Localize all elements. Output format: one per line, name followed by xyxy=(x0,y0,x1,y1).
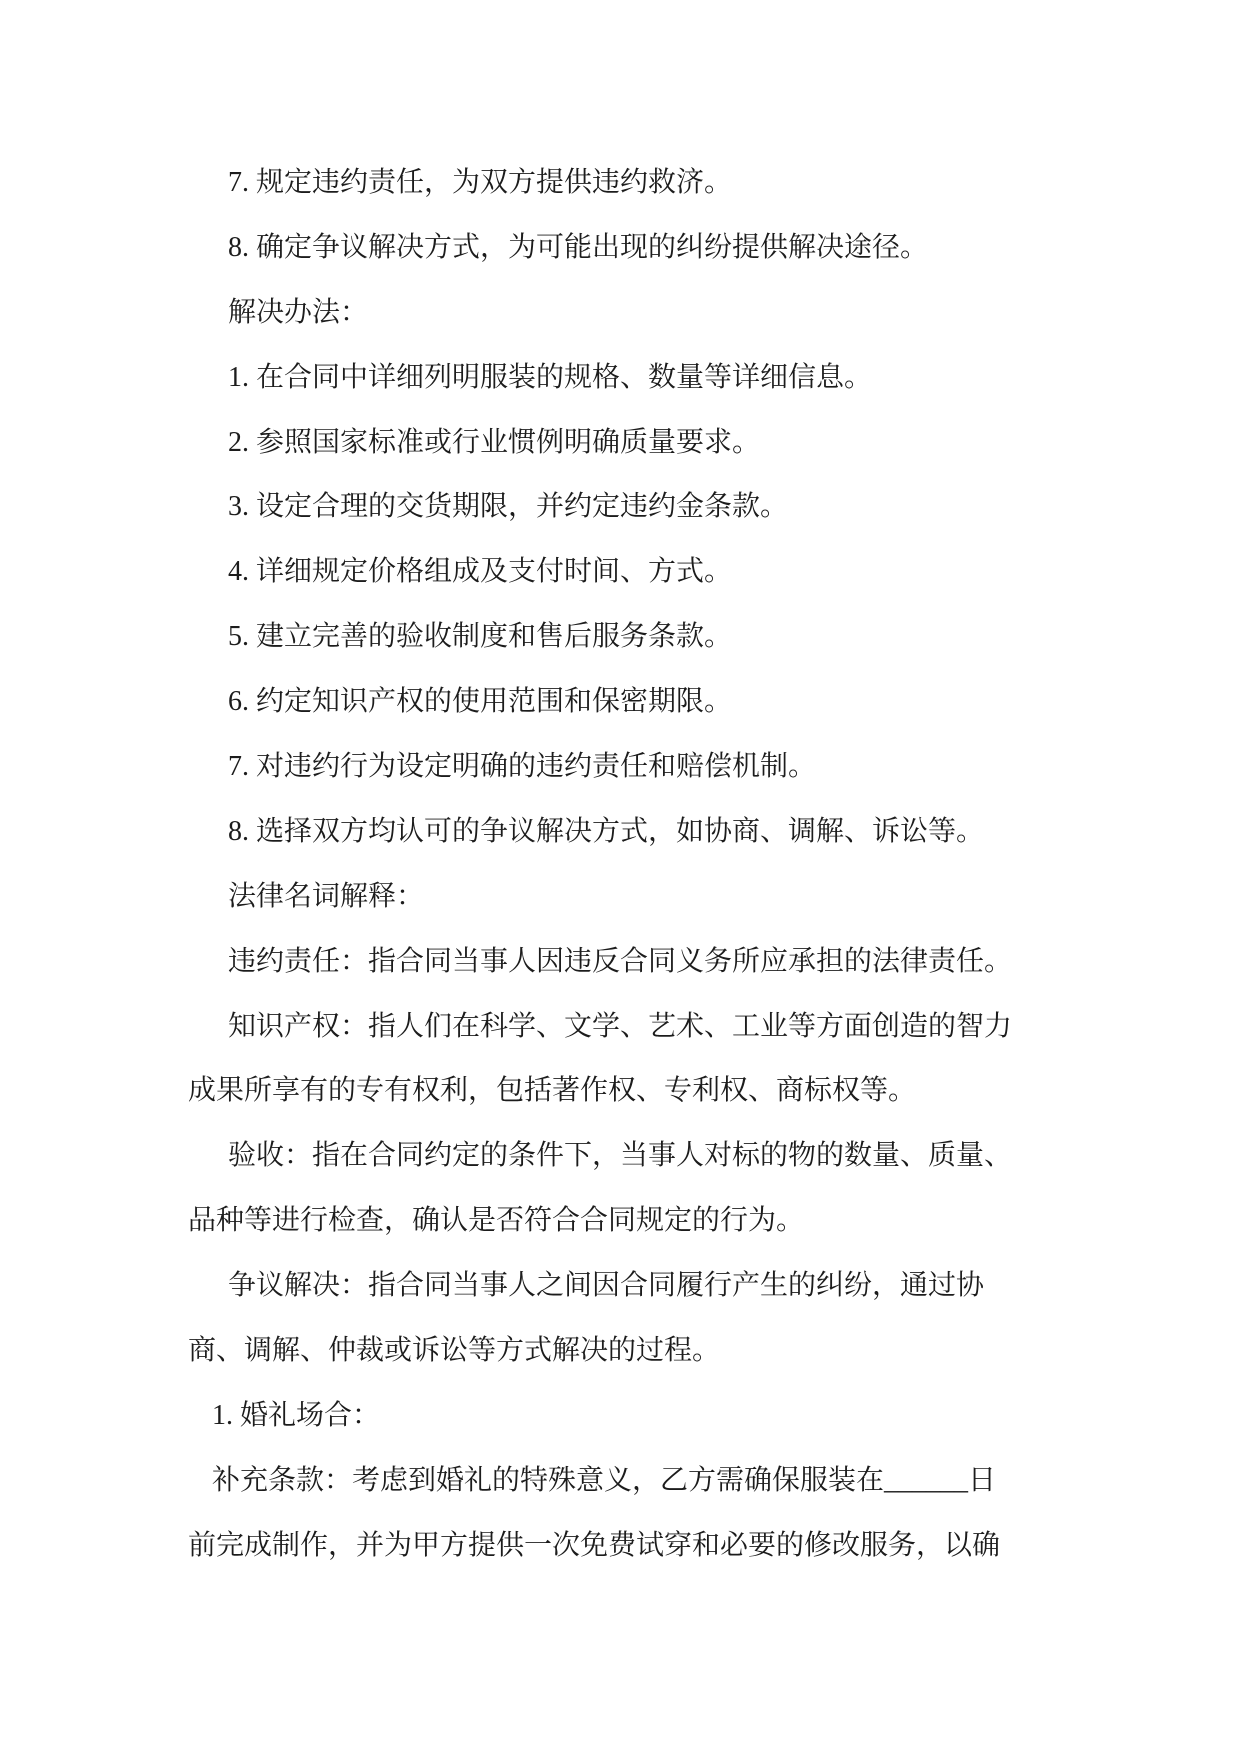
text-line: 品种等进行检查，确认是否符合合同规定的行为。 xyxy=(0,1189,1240,1254)
text-line: 前完成制作，并为甲方提供一次免费试穿和必要的修改服务，以确 xyxy=(0,1514,1240,1579)
text-line: 7. 规定违约责任，为双方提供违约救济。 xyxy=(0,151,1240,216)
text-line: 违约责任：指合同当事人因违反合同义务所应承担的法律责任。 xyxy=(0,930,1240,995)
text-line: 解决办法： xyxy=(0,281,1240,346)
text-line: 8. 选择双方均认可的争议解决方式，如协商、调解、诉讼等。 xyxy=(0,800,1240,865)
document-text: 7. 规定违约责任，为双方提供违约救济。8. 确定争议解决方式，为可能出现的纠纷… xyxy=(0,151,1240,1579)
text-line: 补充条款：考虑到婚礼的特殊意义，乙方需确保服装在______日 xyxy=(0,1449,1240,1514)
text-line: 1. 在合同中详细列明服装的规格、数量等详细信息。 xyxy=(0,346,1240,411)
text-line: 8. 确定争议解决方式，为可能出现的纠纷提供解决途径。 xyxy=(0,216,1240,281)
text-line: 验收：指在合同约定的条件下，当事人对标的物的数量、质量、 xyxy=(0,1124,1240,1189)
text-line: 7. 对违约行为设定明确的违约责任和赔偿机制。 xyxy=(0,735,1240,800)
text-line: 5. 建立完善的验收制度和售后服务条款。 xyxy=(0,605,1240,670)
text-line: 成果所享有的专有权利，包括著作权、专利权、商标权等。 xyxy=(0,1059,1240,1124)
text-line: 1. 婚礼场合： xyxy=(0,1384,1240,1449)
text-line: 2. 参照国家标准或行业惯例明确质量要求。 xyxy=(0,411,1240,476)
text-line: 3. 设定合理的交货期限，并约定违约金条款。 xyxy=(0,475,1240,540)
text-line: 法律名词解释： xyxy=(0,865,1240,930)
text-line: 6. 约定知识产权的使用范围和保密期限。 xyxy=(0,670,1240,735)
text-line: 争议解决：指合同当事人之间因合同履行产生的纠纷，通过协 xyxy=(0,1254,1240,1319)
text-line: 商、调解、仲裁或诉讼等方式解决的过程。 xyxy=(0,1319,1240,1384)
text-line: 4. 详细规定价格组成及支付时间、方式。 xyxy=(0,540,1240,605)
text-line: 知识产权：指人们在科学、文学、艺术、工业等方面创造的智力 xyxy=(0,995,1240,1060)
document-page: 7. 规定违约责任，为双方提供违约救济。8. 确定争议解决方式，为可能出现的纠纷… xyxy=(0,0,1240,1753)
